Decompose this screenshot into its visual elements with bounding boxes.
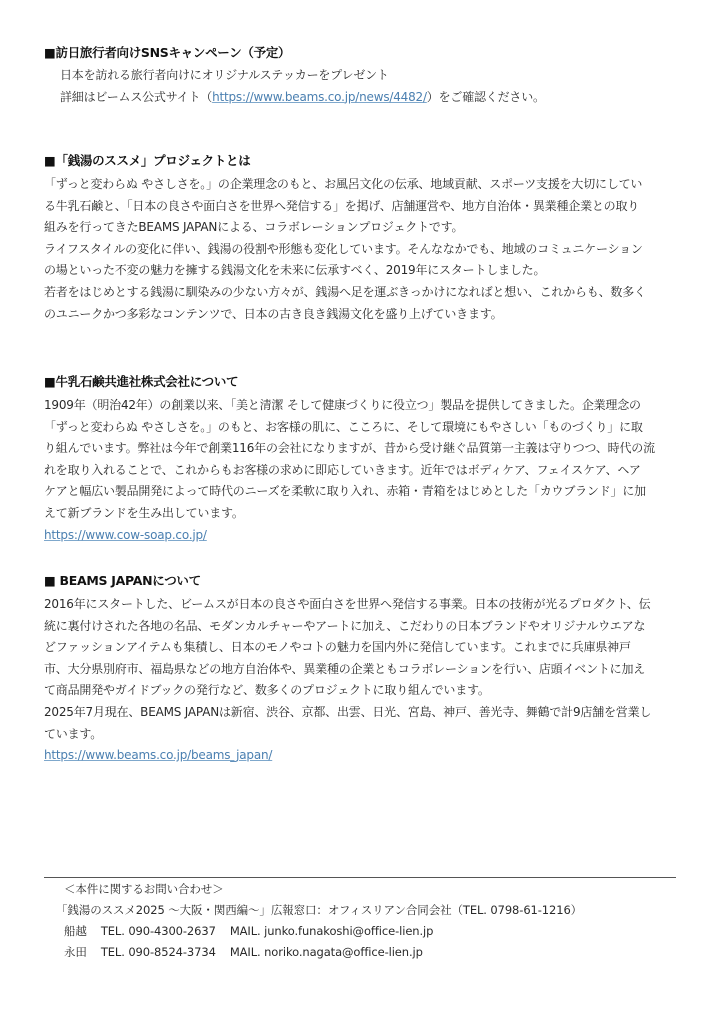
contact-person-name: 永田 — [64, 945, 87, 959]
beams-japan-link-line: https://www.beams.co.jp/beams_japan/ — [44, 745, 684, 767]
contact-section: ＜本件に関するお問い合わせ＞ 「銭湯のススメ2025 ～大阪・関西編～」広報窓口… — [60, 879, 700, 963]
paragraph-line: えて新ブランドを生み出しています。 — [44, 503, 684, 525]
contact-person-tel: TEL. 090-4300-2637 — [101, 924, 216, 938]
sns-campaign-line: 日本を訪れる旅行者向けにオリジナルステッカーをプレゼント — [44, 65, 684, 87]
paragraph-line: 若者をはじめとする銭湯に馴染みの少ない方々が、銭湯へ足を運ぶきっかけになればと想… — [44, 282, 684, 304]
paragraph-line: 「ずっと変わらぬ やさしさを。」のもと、お客様の肌に、こころに、そして環境にもや… — [44, 417, 684, 439]
paragraph-line: 2016年にスタートした、ビームスが日本の良さや面白さを世界へ発信する事業。日本… — [44, 594, 684, 616]
contact-person-row: 永田TEL. 090-8524-3734MAIL. noriko.nagata@… — [60, 942, 700, 963]
paragraph-line: のユニークかつ多彩なコンテンツで、日本の古き良き銭湯文化を盛り上げていきます。 — [44, 304, 684, 326]
paragraph-line: 統に裏付けされた各地の名品、モダンカルチャーやアートに加え、こだわりの日本ブラン… — [44, 616, 684, 638]
cow-soap-link[interactable]: https://www.cow-soap.co.jp/ — [44, 528, 207, 542]
beams-news-link[interactable]: https://www.beams.co.jp/news/4482/ — [212, 90, 427, 104]
paragraph-line: 市、大分県別府市、福島県などの地方自治体や、異業種の企業ともコラボレーションを行… — [44, 659, 684, 681]
beams-japan-link[interactable]: https://www.beams.co.jp/beams_japan/ — [44, 748, 272, 762]
details-suffix: ）をご確認ください。 — [427, 90, 545, 104]
sns-campaign-heading: ■訪日旅行者向けSNSキャンペーン（予定） — [44, 44, 684, 62]
project-heading: ■「銭湯のススメ」プロジェクトとは — [44, 152, 684, 170]
cow-soap-section: ■牛乳石鹸共進社株式会社について 1909年（明治42年）の創業以来、「美と清潔… — [44, 373, 684, 546]
contact-person-mail: MAIL. junko.funakoshi@office-lien.jp — [230, 924, 434, 938]
cow-soap-heading: ■牛乳石鹸共進社株式会社について — [44, 373, 684, 391]
paragraph-line: どファッションアイテムも集積し、日本のモノやコトの魅力を国内外に発信しています。… — [44, 637, 684, 659]
paragraph-line: り組んでいます。弊社は今年で創業116年の会社になりますが、昔から受け継ぐ品質第… — [44, 438, 684, 460]
cow-soap-link-line: https://www.cow-soap.co.jp/ — [44, 525, 684, 547]
beams-japan-section: ■ BEAMS JAPANについて 2016年にスタートした、ビームスが日本の良… — [44, 572, 684, 767]
beams-japan-body: 2016年にスタートした、ビームスが日本の良さや面白さを世界へ発信する事業。日本… — [44, 594, 684, 767]
cow-soap-body: 1909年（明治42年）の創業以来、「美と清潔 そして健康づくりに役立つ」製品を… — [44, 395, 684, 546]
contact-pr-line: 「銭湯のススメ2025 ～大阪・関西編～」広報窓口：オフィスリアン合同会社（TE… — [56, 900, 700, 921]
paragraph-line: る牛乳石鹸と、「日本の良さや面白さを世界へ発信する」を掲げ、店舗運営や、地方自治… — [44, 196, 684, 218]
sns-campaign-section: ■訪日旅行者向けSNSキャンペーン（予定） 日本を訪れる旅行者向けにオリジナルス… — [44, 44, 684, 108]
contact-person-row: 船越TEL. 090-4300-2637MAIL. junko.funakosh… — [60, 921, 700, 942]
contact-person-mail: MAIL. noriko.nagata@office-lien.jp — [230, 945, 423, 959]
paragraph-line: 1909年（明治42年）の創業以来、「美と清潔 そして健康づくりに役立つ」製品を… — [44, 395, 684, 417]
contact-divider — [44, 877, 676, 878]
paragraph-line: れを取り入れることで、これからもお客様の求めに即応していきます。近年ではボディケ… — [44, 460, 684, 482]
project-body: 「ずっと変わらぬ やさしさを。」の企業理念のもと、お風呂文化の伝承、地域貢献、ス… — [44, 174, 684, 325]
beams-japan-heading: ■ BEAMS JAPANについて — [44, 572, 684, 590]
paragraph-line: ています。 — [44, 724, 684, 746]
press-release-page: ■訪日旅行者向けSNSキャンペーン（予定） 日本を訪れる旅行者向けにオリジナルス… — [0, 0, 724, 1024]
paragraph-line: 2025年7月現在、BEAMS JAPANは新宿、渋谷、京都、出雲、日光、宮島、… — [44, 702, 684, 724]
sns-campaign-details-line: 詳細はビームス公式サイト（https://www.beams.co.jp/new… — [44, 87, 684, 109]
paragraph-line: て商品開発やガイドブックの発行など、数多くのプロジェクトに取り組んでいます。 — [44, 680, 684, 702]
contact-person-name: 船越 — [64, 924, 87, 938]
paragraph-line: の場といった不変の魅力を擁する銭湯文化を未来に伝承すべく、2019年にスタートし… — [44, 260, 684, 282]
paragraph-line: 「ずっと変わらぬ やさしさを。」の企業理念のもと、お風呂文化の伝承、地域貢献、ス… — [44, 174, 684, 196]
details-prefix: 詳細はビームス公式サイト（ — [60, 90, 212, 104]
contact-title: ＜本件に関するお問い合わせ＞ — [60, 879, 700, 900]
paragraph-line: ケアと幅広い製品開発によって時代のニーズを柔軟に取り入れ、赤箱・青箱をはじめとし… — [44, 481, 684, 503]
contact-person-tel: TEL. 090-8524-3734 — [101, 945, 216, 959]
paragraph-line: 組みを行ってきたBEAMS JAPANによる、コラボレーションプロジェクトです。 — [44, 217, 684, 239]
paragraph-line: ライフスタイルの変化に伴い、銭湯の役割や形態も変化しています。そんななかでも、地… — [44, 239, 684, 261]
project-section: ■「銭湯のススメ」プロジェクトとは 「ずっと変わらぬ やさしさを。」の企業理念の… — [44, 152, 684, 325]
